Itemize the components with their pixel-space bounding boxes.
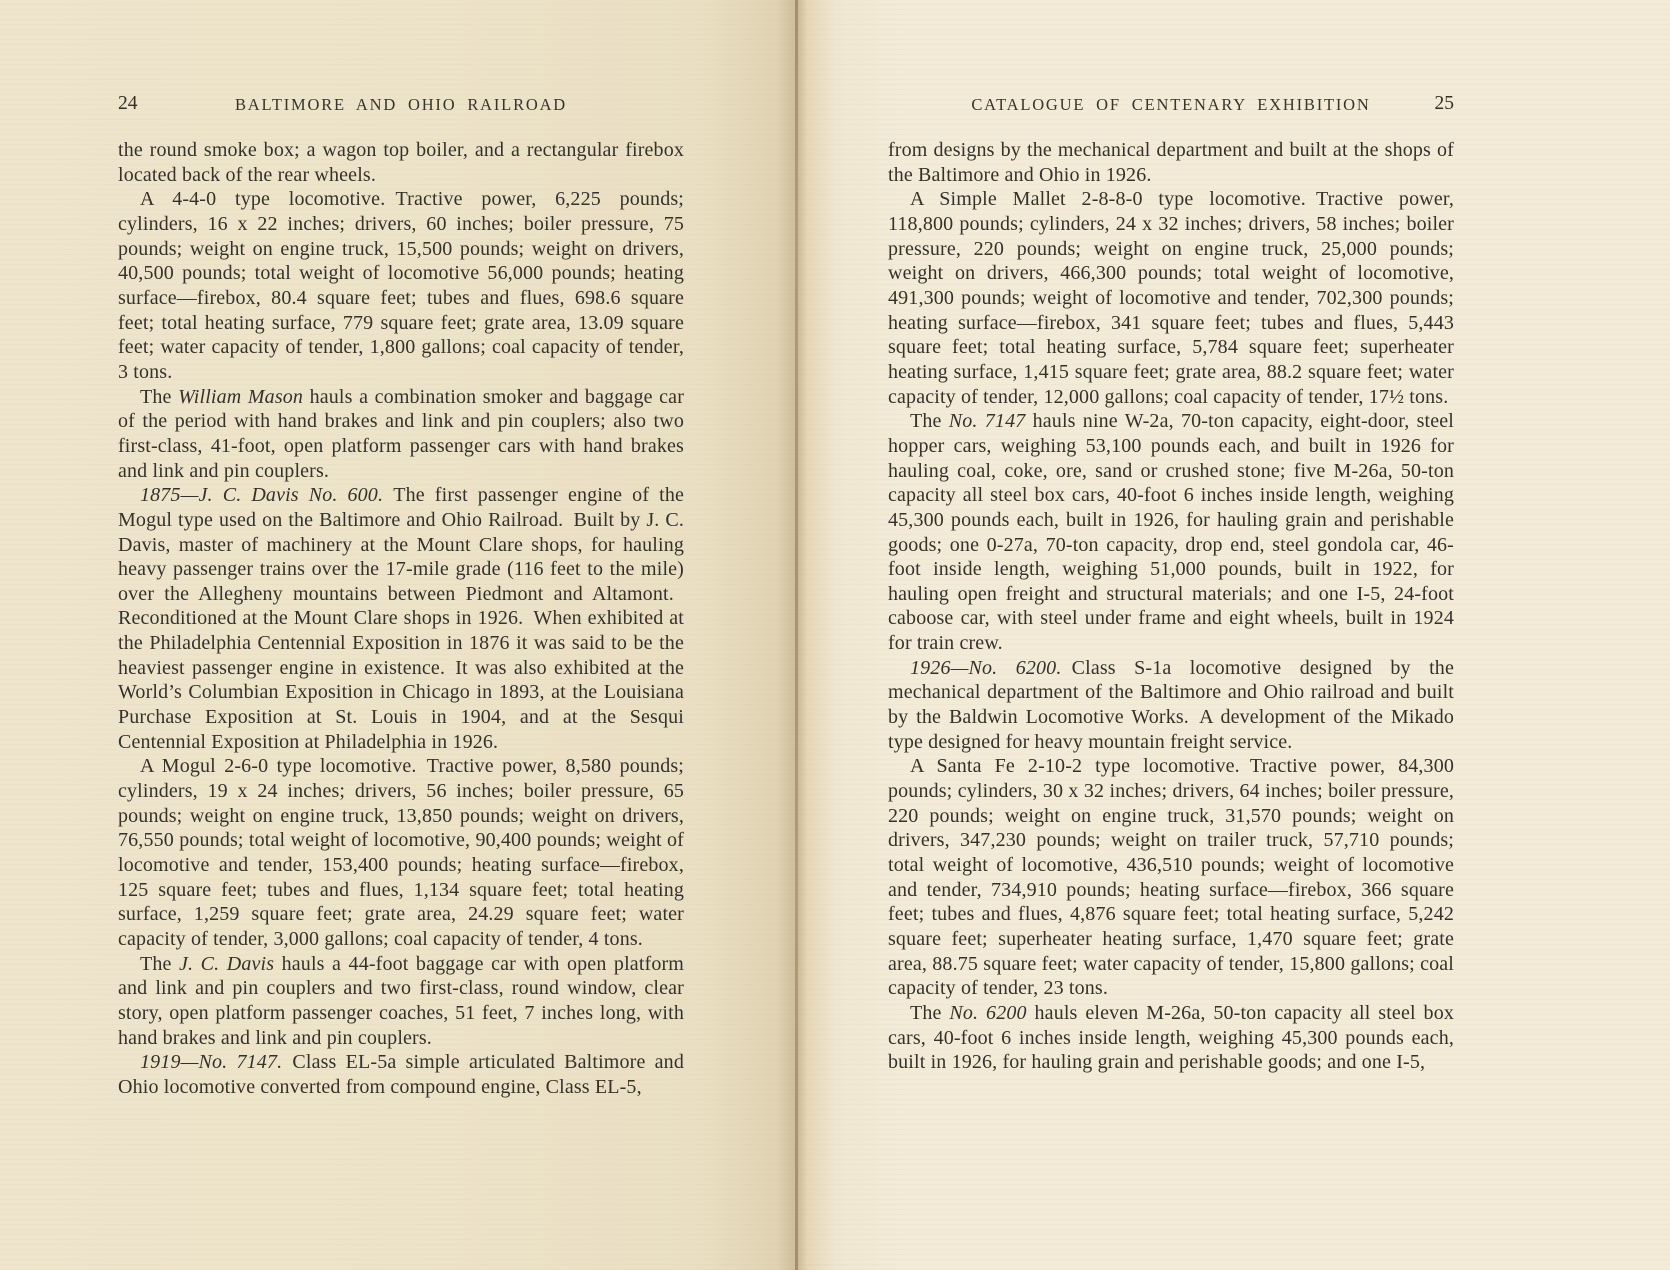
text-run: the round smoke box; a wagon top boiler,… (118, 139, 684, 186)
paragraph: 1926—No. 6200. Class S-1a locomotive des… (888, 656, 1454, 755)
right-page-header: CATALOGUE OF CENTENARY EXHIBITION 25 (888, 95, 1454, 119)
paragraph: A 4-4-0 type locomotive. Tractive power,… (118, 187, 684, 384)
paragraph: 1919—No. 7147. Class EL-5a simple articu… (118, 1050, 684, 1099)
paragraph: The No. 7147 hauls nine W-2a, 70-ton cap… (888, 409, 1454, 656)
paragraph: A Mogul 2-6-0 type locomotive. Tractive … (118, 754, 684, 951)
text-run: The first passenger engine of the Mogul … (118, 484, 684, 753)
text-run: hauls nine W-2a, 70-ton capacity, eight-… (888, 410, 1454, 654)
italic-text-run: 1919—No. 7147. (140, 1051, 282, 1073)
paragraph: The J. C. Davis hauls a 44-foot baggage … (118, 952, 684, 1051)
italic-text-run: No. 6200 (949, 1002, 1026, 1024)
paragraph: the round smoke box; a wagon top boiler,… (118, 138, 684, 187)
right-text-column: from designs by the mechanical departmen… (888, 138, 1454, 1075)
text-run: A Simple Mallet 2-8-8-0 type locomotive.… (888, 188, 1454, 407)
paragraph: from designs by the mechanical departmen… (888, 138, 1454, 187)
right-running-title: CATALOGUE OF CENTENARY EXHIBITION (888, 95, 1454, 115)
text-run: A Santa Fe 2-10-2 type locomotive. Tract… (888, 755, 1454, 999)
italic-text-run: No. 7147 (949, 410, 1026, 432)
text-run: The (910, 410, 949, 432)
text-run: The (910, 1002, 949, 1024)
paragraph: The No. 6200 hauls eleven M-26a, 50-ton … (888, 1001, 1454, 1075)
paragraph: The William Mason hauls a combination sm… (118, 385, 684, 484)
text-run: A Mogul 2-6-0 type locomotive. Tractive … (118, 755, 684, 950)
left-page-header: 24 BALTIMORE AND OHIO RAILROAD (118, 95, 684, 119)
text-run: The (140, 386, 178, 408)
right-page-number: 25 (1435, 93, 1455, 115)
italic-text-run: William Mason (178, 386, 303, 408)
paragraph: A Santa Fe 2-10-2 type locomotive. Tract… (888, 754, 1454, 1001)
paragraph: A Simple Mallet 2-8-8-0 type locomotive.… (888, 187, 1454, 409)
left-text-column: the round smoke box; a wagon top boiler,… (118, 138, 684, 1100)
italic-text-run: 1926—No. 6200. (910, 657, 1061, 679)
paragraph: 1875—J. C. Davis No. 600. The first pass… (118, 483, 684, 754)
italic-text-run: 1875—J. C. Davis No. 600. (140, 484, 383, 506)
text-run: A 4-4-0 type locomotive. Tractive power,… (118, 188, 684, 383)
left-running-title: BALTIMORE AND OHIO RAILROAD (118, 95, 684, 115)
book-gutter (795, 0, 798, 1270)
italic-text-run: J. C. Davis (179, 953, 274, 975)
text-run: The (140, 953, 179, 975)
text-run: from designs by the mechanical departmen… (888, 139, 1454, 186)
book-spread: 24 BALTIMORE AND OHIO RAILROAD CATALOGUE… (0, 0, 1670, 1270)
